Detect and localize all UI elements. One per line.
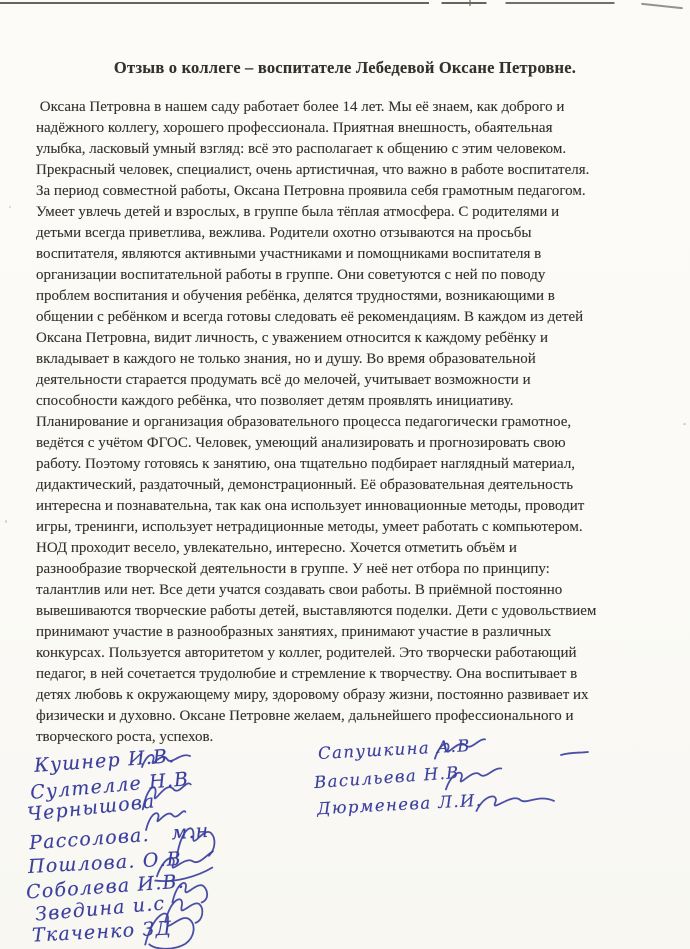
text-line: За период совместной работы, Оксана Петр…: [36, 181, 668, 202]
text-line: организации воспитательной работы в груп…: [36, 265, 668, 286]
text-line: конкурсах. Пользуется авторитетом у колл…: [36, 643, 668, 664]
text-line: проблем воспитания и обучения ребёнка, д…: [36, 286, 668, 307]
signature-flourish-icon: [431, 733, 489, 765]
text-line: детях любовь к окружающему миру, здорово…: [36, 685, 668, 706]
text-line: педагог, в ней сочетается трудолюбие и с…: [36, 664, 668, 685]
text-line: Умеет увлечь детей и взрослых, в группе …: [36, 202, 668, 223]
scan-speck: [5, 520, 7, 523]
signature-flourish-icon: [471, 787, 556, 817]
text-line: Планирование и организация образовательн…: [36, 412, 668, 433]
signature-flourish-icon: [560, 750, 590, 758]
scan-speck: [9, 206, 11, 208]
text-line: игры, тренинги, использует нетрадиционны…: [36, 517, 668, 538]
text-line: способности каждого ребёнка, что позволя…: [36, 391, 668, 412]
text-line: НОД проходит весело, увлекательно, интер…: [36, 538, 668, 559]
text-line: Оксана Петровна, видит личность, с уваже…: [36, 328, 668, 349]
text-line: улыбка, ласковый умный взгляд: всё это р…: [36, 139, 668, 160]
signature-flourish-icon: [140, 749, 192, 773]
text-line: надёжного коллегу, хорошего профессионал…: [36, 118, 668, 139]
text-line: работу. Поэтому готовясь к занятию, она …: [36, 454, 668, 475]
text-line: принимают участие в разнообразных заняти…: [36, 622, 668, 643]
scan-speck: [683, 423, 686, 425]
text-line: вывешиваются творческие работы детей, вы…: [36, 601, 668, 622]
text-line: Прекрасный человек, специалист, очень ар…: [36, 160, 668, 181]
scanned-document-page: Отзыв о коллеге – воспитателе Лебедевой …: [0, 0, 690, 949]
scan-artifact-curl: [641, 3, 683, 9]
text-line: интересна и познавательна, так как она и…: [36, 496, 668, 517]
text-line: физически и духовно. Оксане Петровне жел…: [36, 706, 668, 727]
signature-name: Васильева Н.В: [314, 763, 461, 792]
text-line: ведётся с учётом ФГОС. Человек, умеющий …: [36, 433, 668, 454]
text-line: вкладывает в каждого не только знания, н…: [36, 349, 668, 370]
text-line: Оксана Петровна в нашем саду работает бо…: [36, 97, 668, 118]
scan-artifact-line: [0, 2, 640, 4]
document-title: Отзыв о коллеге – воспитателе Лебедевой …: [0, 58, 690, 78]
text-line: детьми всегда приветлива, вежлива. Родит…: [36, 223, 668, 244]
text-line: дидактический, раздаточный, демонстрацио…: [36, 475, 668, 496]
signature-name: Дюрменева Л.И.: [317, 791, 483, 819]
document-body: Оксана Петровна в нашем саду работает бо…: [36, 97, 668, 748]
scan-artifact-tick: [469, 0, 471, 6]
text-line: талантлив или нет. Все дети учатся созда…: [36, 580, 668, 601]
text-line: деятельности старается продумать всё до …: [36, 370, 668, 391]
text-line: воспитателя, являются активными участник…: [36, 244, 668, 265]
signature-flourish-icon: [136, 901, 199, 949]
text-line: общении с ребёнком и всегда готовы следо…: [36, 307, 668, 328]
text-line: разнообразие творческой деятельности в г…: [36, 559, 668, 580]
